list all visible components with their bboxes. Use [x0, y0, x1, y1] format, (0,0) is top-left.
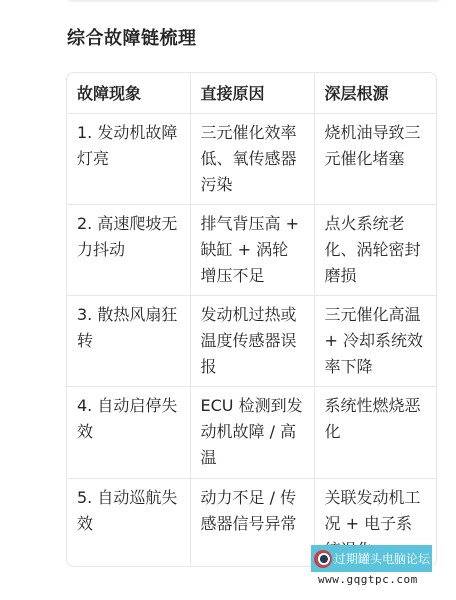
cell-direct-cause: 排气背压高 + 缺缸 + 涡轮增压不足: [190, 205, 314, 296]
cell-direct-cause: 发动机过热或温度传感器误报: [190, 296, 314, 387]
cell-symptom: 3. 散热风扇狂转: [67, 296, 190, 387]
cell-symptom: 1. 发动机故障灯亮: [67, 114, 190, 205]
cell-direct-cause: ECU 检测到发动机故障 / 高温: [190, 387, 314, 479]
fault-chain-table: 故障现象 直接原因 深层根源 1. 发动机故障灯亮 三元催化效率低、氧传感器污染…: [66, 72, 437, 567]
watermark-banner: 过期罐头电脑论坛: [311, 545, 432, 572]
table-header-row: 故障现象 直接原因 深层根源: [67, 73, 437, 114]
cell-root-cause: 系统性燃烧恶化: [314, 387, 437, 479]
cell-direct-cause: 动力不足 / 传感器信号异常: [190, 479, 314, 568]
cell-symptom: 5. 自动巡航失效: [67, 479, 190, 568]
header-direct-cause: 直接原因: [190, 73, 314, 114]
cell-symptom: 4. 自动启停失效: [67, 387, 190, 479]
table-row: 1. 发动机故障灯亮 三元催化效率低、氧传感器污染 烧机油导致三元催化堵塞: [67, 114, 437, 205]
cell-root-cause: 三元催化高温 + 冷却系统效率下降: [314, 296, 437, 387]
cell-direct-cause: 三元催化效率低、氧传感器污染: [190, 114, 314, 205]
table-row: 4. 自动启停失效 ECU 检测到发动机故障 / 高温 系统性燃烧恶化: [67, 387, 437, 479]
cell-root-cause: 点火系统老化、涡轮密封磨损: [314, 205, 437, 296]
table-row: 2. 高速爬坡无力抖动 排气背压高 + 缺缸 + 涡轮增压不足 点火系统老化、涡…: [67, 205, 437, 296]
table-row: 3. 散热风扇狂转 发动机过热或温度传感器误报 三元催化高温 + 冷却系统效率下…: [67, 296, 437, 387]
cell-root-cause: 烧机油导致三元催化堵塞: [314, 114, 437, 205]
forum-logo-icon: [314, 550, 332, 568]
watermark-url: www.gqgtpc.com: [318, 573, 418, 586]
cell-symptom: 2. 高速爬坡无力抖动: [67, 205, 190, 296]
header-symptom: 故障现象: [67, 73, 190, 114]
watermark-name: 过期罐头电脑论坛: [334, 550, 430, 567]
section-title: 综合故障链梳理: [67, 24, 197, 50]
header-root-cause: 深层根源: [314, 73, 437, 114]
